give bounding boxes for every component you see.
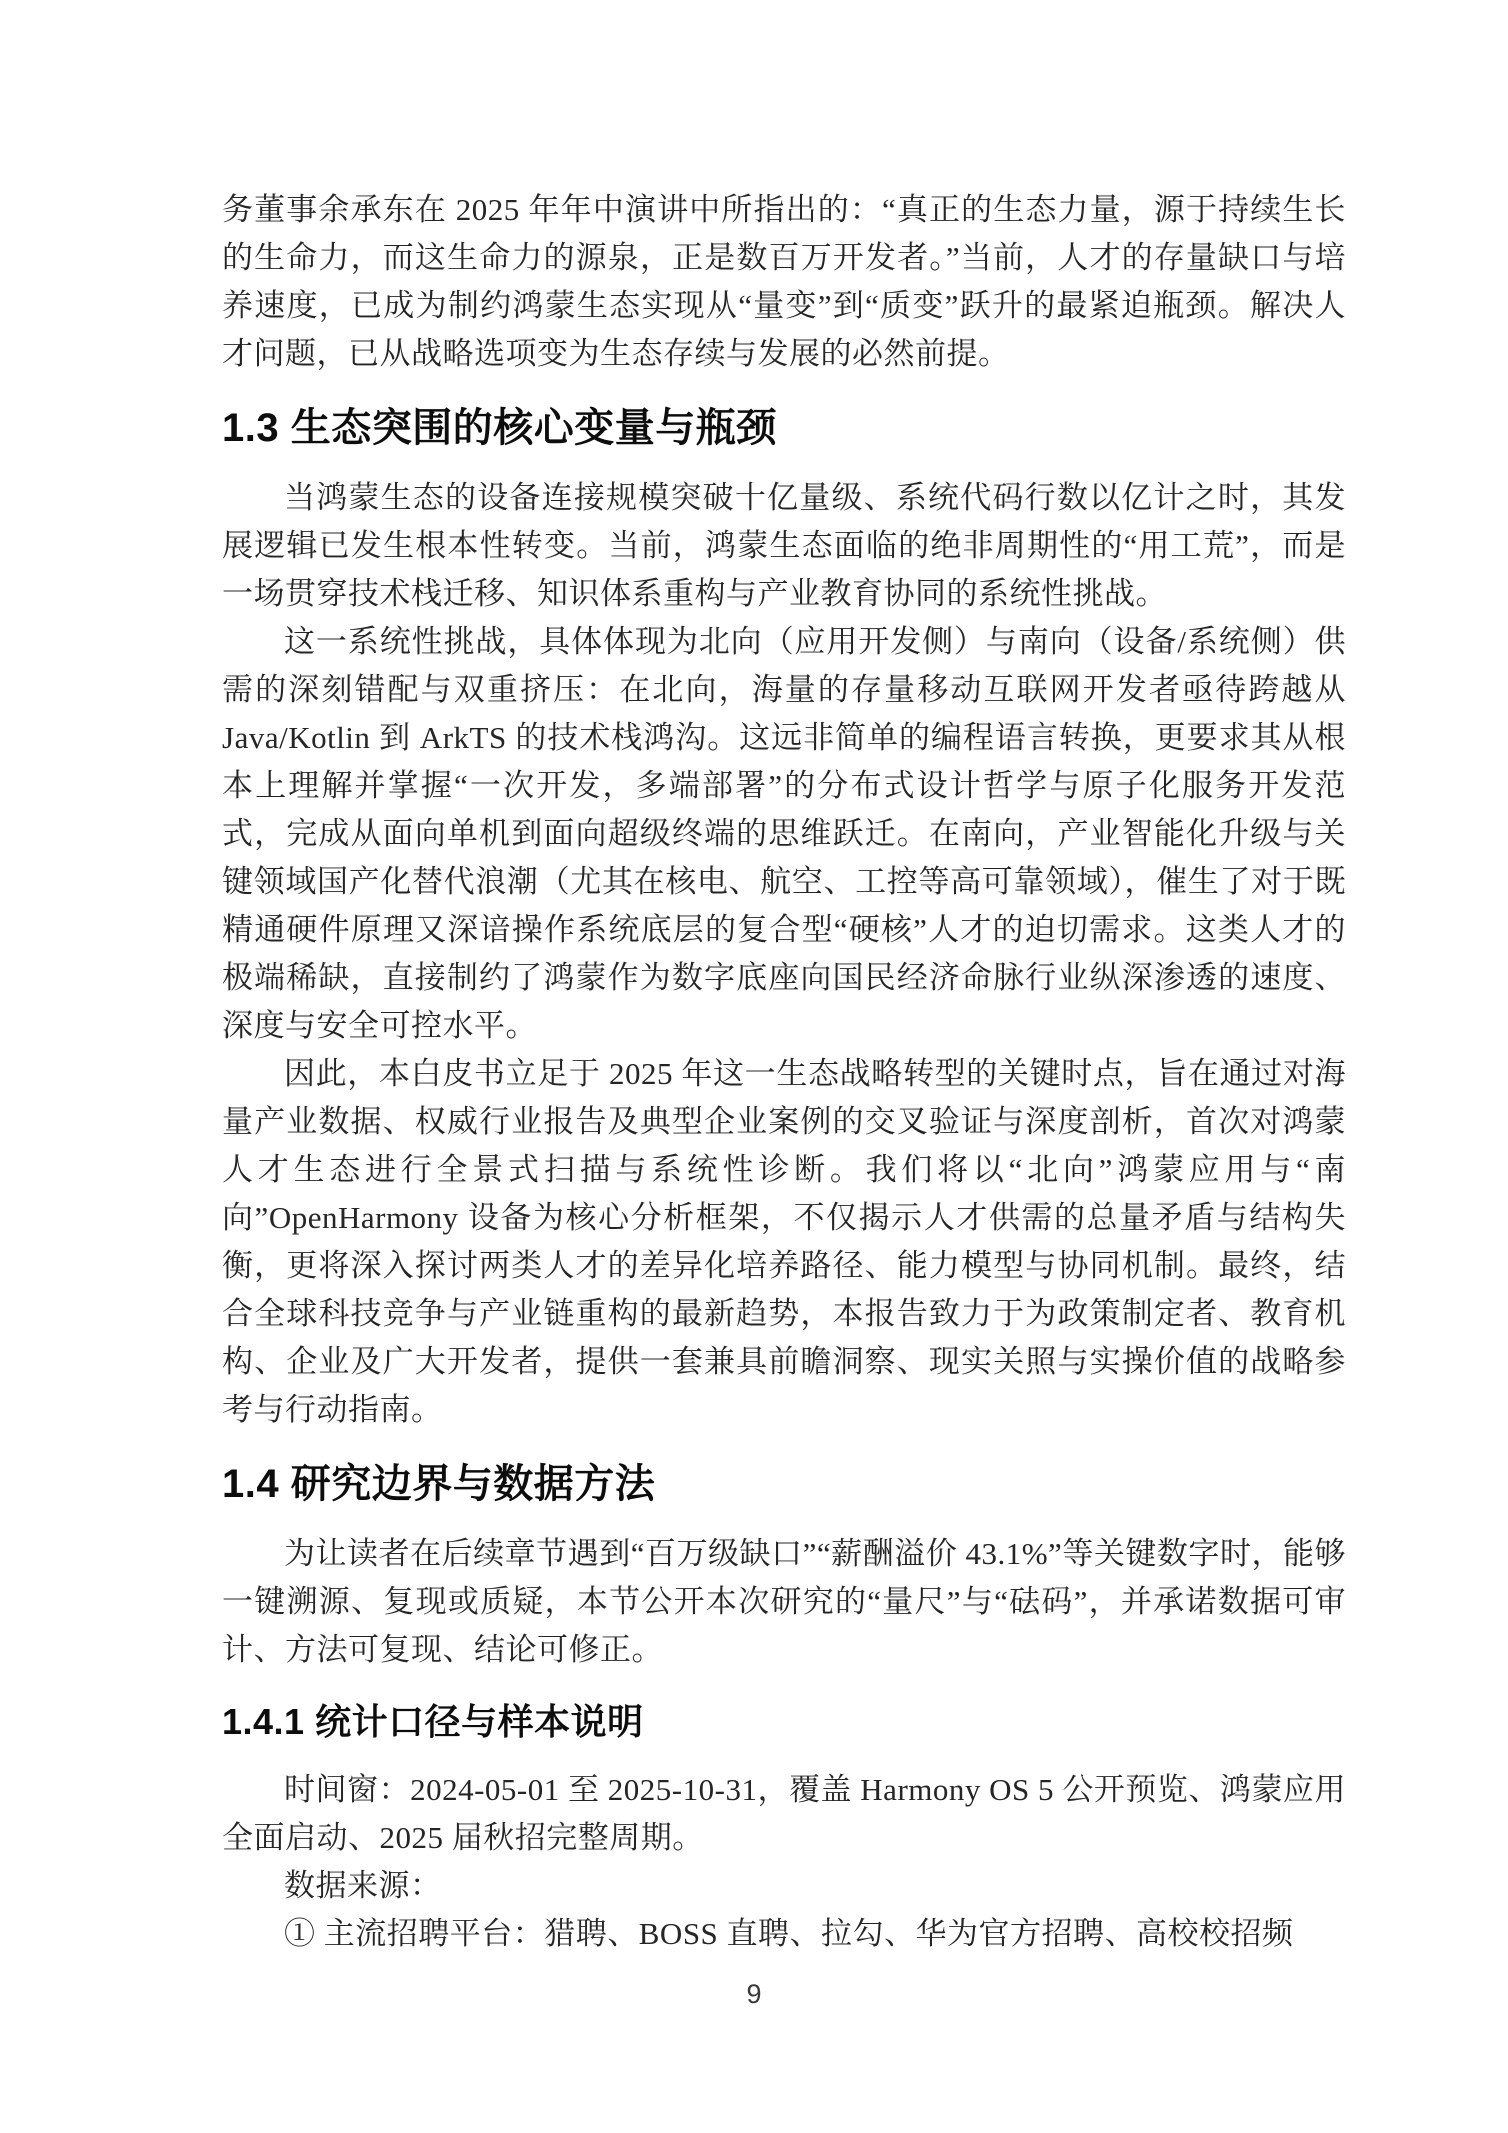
paragraph-continuation: 务董事余承东在 2025 年年中演讲中所指出的：“真正的生态力量，源于持续生长的… xyxy=(222,186,1346,378)
paragraph: 为让读者在后续章节遇到“百万级缺口”“薪酬溢价 43.1%”等关键数字时，能够一… xyxy=(222,1530,1346,1674)
page-content: 务董事余承东在 2025 年年中演讲中所指出的：“真正的生态力量，源于持续生长的… xyxy=(222,186,1346,1958)
paragraph: ① 主流招聘平台：猎聘、BOSS 直聘、拉勾、华为官方招聘、高校校招频 xyxy=(222,1910,1346,1958)
paragraph: 这一系统性挑战，具体体现为北向（应用开发侧）与南向（设备/系统侧）供需的深刻错配… xyxy=(222,618,1346,1050)
paragraph: 当鸿蒙生态的设备连接规模突破十亿量级、系统代码行数以亿计之时，其发展逻辑已发生根… xyxy=(222,474,1346,618)
page-number: 9 xyxy=(0,1978,1508,2010)
paragraph: 数据来源： xyxy=(222,1862,1346,1910)
paragraph: 因此，本白皮书立足于 2025 年这一生态战略转型的关键时点，旨在通过对海量产业… xyxy=(222,1050,1346,1434)
subsection-heading-1-4-1: 1.4.1 统计口径与样本说明 xyxy=(222,1700,1346,1744)
section-heading-1-4: 1.4 研究边界与数据方法 xyxy=(222,1460,1346,1508)
document-page: 务董事余承东在 2025 年年中演讲中所指出的：“真正的生态力量，源于持续生长的… xyxy=(0,0,1508,2133)
paragraph: 时间窗：2024-05-01 至 2025-10-31，覆盖 Harmony O… xyxy=(222,1766,1346,1862)
section-heading-1-3: 1.3 生态突围的核心变量与瓶颈 xyxy=(222,404,1346,452)
